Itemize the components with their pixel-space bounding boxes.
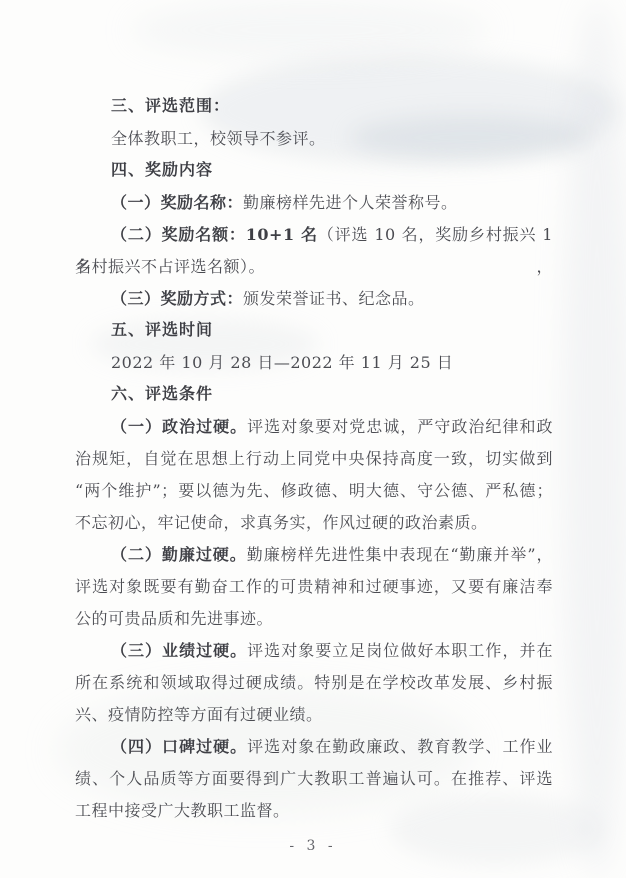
document-page: 三、评选范围：全体教职工，校领导不参评。四、奖励内容（一）奖励名称：勤廉榜样先进…	[0, 0, 626, 878]
text-line: （三）业绩过硬。评选对象要立足岗位做好本职工作，并在	[75, 635, 553, 667]
text-segment: 勤廉榜样先进个人荣誉称号。	[243, 193, 458, 212]
text-segment: 公的可贵品质和先进事迹。	[75, 609, 273, 628]
text-line: 2022 年 10 月 28 日—2022 年 11 月 25 日	[75, 347, 553, 379]
text-line: 不忘初心，牢记使命，求真务实，作风过硬的政治素质。	[75, 507, 553, 539]
text-line: “两个维护”；要以德为先、修政德、明大德、守公德、严私德；	[75, 475, 553, 507]
scan-artifact	[562, 0, 626, 878]
text-segment: 工程中接受广大教职工监督。	[75, 801, 290, 820]
bold-lead-text: （一）政治过硬。	[111, 417, 247, 436]
text-segment: 四、奖励内容	[111, 162, 213, 179]
section-heading: 六、评选条件	[75, 379, 553, 411]
bold-lead-text: （二）勤廉过硬。	[111, 545, 247, 564]
bold-lead-text: （三）业绩过硬。	[111, 641, 247, 660]
page-number: - 3 -	[0, 838, 626, 854]
text-segment: 勤廉榜样先进性集中表现在“勤廉并举”，	[247, 545, 553, 564]
bold-lead-text: （三）奖励方式：	[111, 289, 243, 308]
text-segment: 绩、个人品质等方面要得到广大教职工普遍认可。在推荐、评选	[75, 769, 553, 788]
text-line: 治规矩，自觉在思想上行动上同党中央保持高度一致，切实做到	[75, 443, 553, 475]
text-line: 所在系统和领域取得过硬成绩。特别是在学校改革发展、乡村振	[75, 667, 553, 699]
text-segment: 评选对象在勤政廉政、教育教学、工作业	[247, 737, 553, 756]
text-segment: 2022 年 10 月 28 日—2022 年 11 月 25 日	[111, 353, 453, 372]
text-segment: 治规矩，自觉在思想上行动上同党中央保持高度一致，切实做到	[75, 449, 553, 468]
text-segment: 三、评选范围：	[111, 98, 230, 115]
text-line: 兴、疫情防控等方面有过硬业绩。	[75, 699, 553, 731]
text-segment: 五、评选时间	[111, 322, 213, 339]
text-segment: 所在系统和领域取得过硬成绩。特别是在学校改革发展、乡村振	[75, 673, 553, 692]
text-segment: 评选对象既要有勤奋工作的可贵精神和过硬事迹，又要有廉洁奉	[75, 577, 553, 596]
text-line: （二）勤廉过硬。勤廉榜样先进性集中表现在“勤廉并举”，	[75, 539, 553, 571]
text-segment: “两个维护”；要以德为先、修政德、明大德、守公德、严私德；	[75, 481, 553, 500]
document-content: 三、评选范围：全体教职工，校领导不参评。四、奖励内容（一）奖励名称：勤廉榜样先进…	[75, 91, 553, 827]
bold-lead-text: （四）口碑过硬。	[111, 737, 247, 756]
text-segment: 不忘初心，牢记使命，求真务实，作风过硬的政治素质。	[75, 513, 488, 532]
text-line: （二）奖励名额：10+1 名（评选 10 名，奖励乡村振兴 1 名，	[75, 219, 553, 251]
text-segment: 全体教职工，校领导不参评。	[111, 129, 326, 148]
scan-artifact	[130, 0, 490, 60]
bold-lead-text: （一）奖励名称：	[111, 193, 243, 212]
text-segment: 乡村振兴不占评选名额）。	[75, 257, 265, 276]
text-segment: 评选对象要立足岗位做好本职工作，并在	[247, 641, 553, 660]
text-line: （一）政治过硬。评选对象要对党忠诚，严守政治纪律和政	[75, 411, 553, 443]
text-line: 全体教职工，校领导不参评。	[75, 123, 553, 155]
text-line: 评选对象既要有勤奋工作的可贵精神和过硬事迹，又要有廉洁奉	[75, 571, 553, 603]
text-line: 工程中接受广大教职工监督。	[75, 795, 553, 827]
text-segment: 评选对象要对党忠诚，严守政治纪律和政	[247, 417, 553, 436]
bold-lead-text: （二）奖励名额：10+1 名	[111, 225, 318, 244]
text-segment: 六、评选条件	[111, 386, 213, 403]
section-heading: 三、评选范围：	[75, 91, 553, 123]
text-line: （四）口碑过硬。评选对象在勤政廉政、教育教学、工作业	[75, 731, 553, 763]
section-heading: 五、评选时间	[75, 315, 553, 347]
text-segment: 颁发荣誉证书、纪念品。	[243, 289, 425, 308]
text-line: 绩、个人品质等方面要得到广大教职工普遍认可。在推荐、评选	[75, 763, 553, 795]
text-line: （三）奖励方式：颁发荣誉证书、纪念品。	[75, 283, 553, 315]
text-line: 公的可贵品质和先进事迹。	[75, 603, 553, 635]
text-line: （一）奖励名称：勤廉榜样先进个人荣誉称号。	[75, 187, 553, 219]
text-segment: 兴、疫情防控等方面有过硬业绩。	[75, 705, 323, 724]
section-heading: 四、奖励内容	[75, 155, 553, 187]
